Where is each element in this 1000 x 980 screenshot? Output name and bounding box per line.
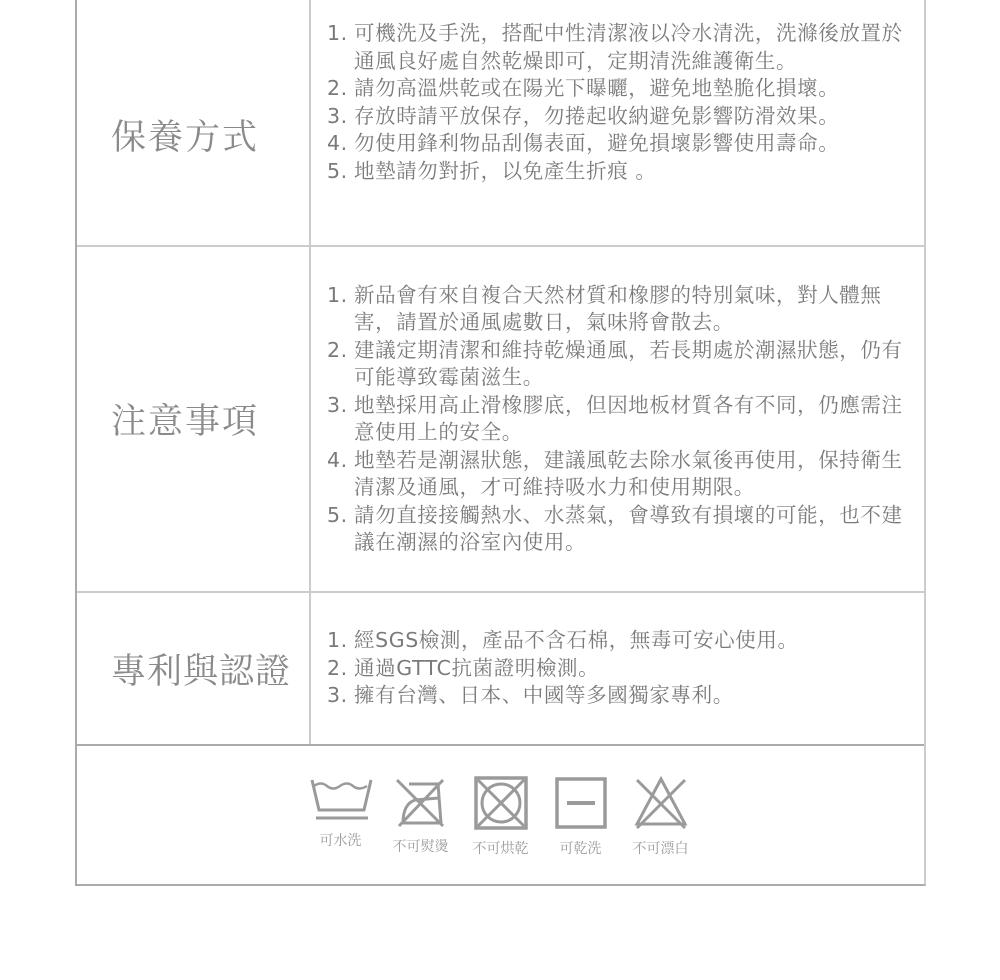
care-symbol-no-tumble-dry: 不可烘乾 <box>461 776 541 858</box>
no-bleach-icon <box>633 776 689 830</box>
list-item: 3.地墊採用高止滑橡膠底，但因地板材質各有不同，仍應需注意使用上的安全。 <box>327 392 918 447</box>
instruction-list: 1.可機洗及手洗，搭配中性清潔液以冷水清洗，洗滌後放置於通風良好處自然乾燥即可，… <box>327 20 918 185</box>
care-symbol-no-iron: 不可熨燙 <box>381 776 461 858</box>
item-number: 1. <box>327 627 354 655</box>
item-text: 地墊採用高止滑橡膠底，但因地板材質各有不同，仍應需注意使用上的安全。 <box>354 392 918 447</box>
section-title: 保養方式 <box>111 110 259 160</box>
item-number: 5. <box>327 158 354 186</box>
item-number: 2. <box>327 655 354 683</box>
item-text: 新品會有來自複合天然材質和橡膠的特別氣味，對人體無害，請置於通風處數日，氣味將會… <box>354 282 918 337</box>
list-item: 4.地墊若是潮濕狀態，建議風乾去除水氣後再使用，保持衛生清潔及通風，才可維持吸水… <box>327 447 918 502</box>
list-item: 2.建議定期清潔和維持乾燥通風，若長期處於潮濕狀態，仍有可能導致霉菌滋生。 <box>327 337 918 392</box>
section-title: 注意事項 <box>111 394 259 444</box>
section-content: 1.經SGS檢測，產品不含石棉，無毒可安心使用。 2.通過GTTC抗菌證明檢測。… <box>311 593 924 744</box>
no-iron-icon <box>393 776 449 828</box>
list-item: 2.請勿高溫烘乾或在陽光下曝曬，避免地墊脆化損壞。 <box>327 75 918 103</box>
care-label: 不可烘乾 <box>473 838 529 858</box>
instruction-list: 1.經SGS檢測，產品不含石棉，無毒可安心使用。 2.通過GTTC抗菌證明檢測。… <box>327 627 799 710</box>
list-item: 3.存放時請平放保存，勿捲起收納避免影響防滑效果。 <box>327 103 918 131</box>
care-symbols: 可水洗 不可熨燙 不可烘乾 <box>77 776 924 858</box>
item-number: 3. <box>327 103 354 131</box>
item-number: 5. <box>327 502 354 557</box>
item-text: 存放時請平放保存，勿捲起收納避免影響防滑效果。 <box>354 103 918 131</box>
item-number: 2. <box>327 337 354 392</box>
list-item: 1.新品會有來自複合天然材質和橡膠的特別氣味，對人體無害，請置於通風處數日，氣味… <box>327 282 918 337</box>
item-number: 4. <box>327 447 354 502</box>
care-label: 不可漂白 <box>633 838 689 858</box>
item-text: 可機洗及手洗，搭配中性清潔液以冷水清洗，洗滌後放置於通風良好處自然乾燥即可，定期… <box>354 20 918 75</box>
section-notes: 注意事項 1.新品會有來自複合天然材質和橡膠的特別氣味，對人體無害，請置於通風處… <box>77 247 924 593</box>
item-text: 請勿高溫烘乾或在陽光下曝曬，避免地墊脆化損壞。 <box>354 75 918 103</box>
item-number: 2. <box>327 75 354 103</box>
section-care-method: 保養方式 1.可機洗及手洗，搭配中性清潔液以冷水清洗，洗滌後放置於通風良好處自然… <box>77 0 924 247</box>
section-label-cell: 保養方式 <box>77 0 311 245</box>
section-label-cell: 專利與認證 <box>77 593 311 744</box>
section-patents-certification: 專利與認證 1.經SGS檢測，產品不含石棉，無毒可安心使用。 2.通過GTTC抗… <box>77 593 924 746</box>
section-content: 1.可機洗及手洗，搭配中性清潔液以冷水清洗，洗滌後放置於通風良好處自然乾燥即可，… <box>311 0 924 245</box>
section-label-cell: 注意事項 <box>77 247 311 591</box>
list-item: 5.請勿直接接觸熱水、水蒸氣，會導致有損壞的可能，也不建議在潮濕的浴室內使用。 <box>327 502 918 557</box>
dry-flat-icon <box>554 776 608 830</box>
item-text: 勿使用鋒利物品刮傷表面，避免損壞影響使用壽命。 <box>354 130 918 158</box>
item-text: 地墊請勿對折，以免產生折痕 。 <box>354 158 918 186</box>
care-info-table: 保養方式 1.可機洗及手洗，搭配中性清潔液以冷水清洗，洗滌後放置於通風良好處自然… <box>75 0 926 886</box>
no-tumble-dry-icon <box>474 776 528 830</box>
care-symbol-no-bleach: 不可漂白 <box>621 776 701 858</box>
care-symbol-dry-clean: 可乾洗 <box>541 776 621 858</box>
list-item: 2.通過GTTC抗菌證明檢測。 <box>327 655 799 683</box>
item-text: 擁有台灣、日本、中國等多國獨家專利。 <box>354 682 799 710</box>
item-number: 3. <box>327 392 354 447</box>
item-text: 地墊若是潮濕狀態，建議風乾去除水氣後再使用，保持衛生清潔及通風，才可維持吸水力和… <box>354 447 918 502</box>
list-item: 1.經SGS檢測，產品不含石棉，無毒可安心使用。 <box>327 627 799 655</box>
item-text: 建議定期清潔和維持乾燥通風，若長期處於潮濕狀態，仍有可能導致霉菌滋生。 <box>354 337 918 392</box>
item-number: 1. <box>327 282 354 337</box>
item-number: 3. <box>327 682 354 710</box>
care-symbol-washable: 可水洗 <box>301 776 381 858</box>
care-label: 可乾洗 <box>560 838 602 858</box>
care-label: 可水洗 <box>320 830 362 850</box>
item-text: 請勿直接接觸熱水、水蒸氣，會導致有損壞的可能，也不建議在潮濕的浴室內使用。 <box>354 502 918 557</box>
list-item: 4.勿使用鋒利物品刮傷表面，避免損壞影響使用壽命。 <box>327 130 918 158</box>
care-symbols-row: 可水洗 不可熨燙 不可烘乾 <box>77 746 924 884</box>
care-label: 不可熨燙 <box>393 836 449 856</box>
instruction-list: 1.新品會有來自複合天然材質和橡膠的特別氣味，對人體無害，請置於通風處數日，氣味… <box>327 282 918 557</box>
item-text: 通過GTTC抗菌證明檢測。 <box>354 655 799 683</box>
washable-icon <box>309 776 373 822</box>
section-title: 專利與認證 <box>111 644 291 694</box>
list-item: 1.可機洗及手洗，搭配中性清潔液以冷水清洗，洗滌後放置於通風良好處自然乾燥即可，… <box>327 20 918 75</box>
item-number: 1. <box>327 20 354 75</box>
section-content: 1.新品會有來自複合天然材質和橡膠的特別氣味，對人體無害，請置於通風處數日，氣味… <box>311 247 924 591</box>
list-item: 5.地墊請勿對折，以免產生折痕 。 <box>327 158 918 186</box>
item-text: 經SGS檢測，產品不含石棉，無毒可安心使用。 <box>354 627 799 655</box>
list-item: 3.擁有台灣、日本、中國等多國獨家專利。 <box>327 682 799 710</box>
item-number: 4. <box>327 130 354 158</box>
